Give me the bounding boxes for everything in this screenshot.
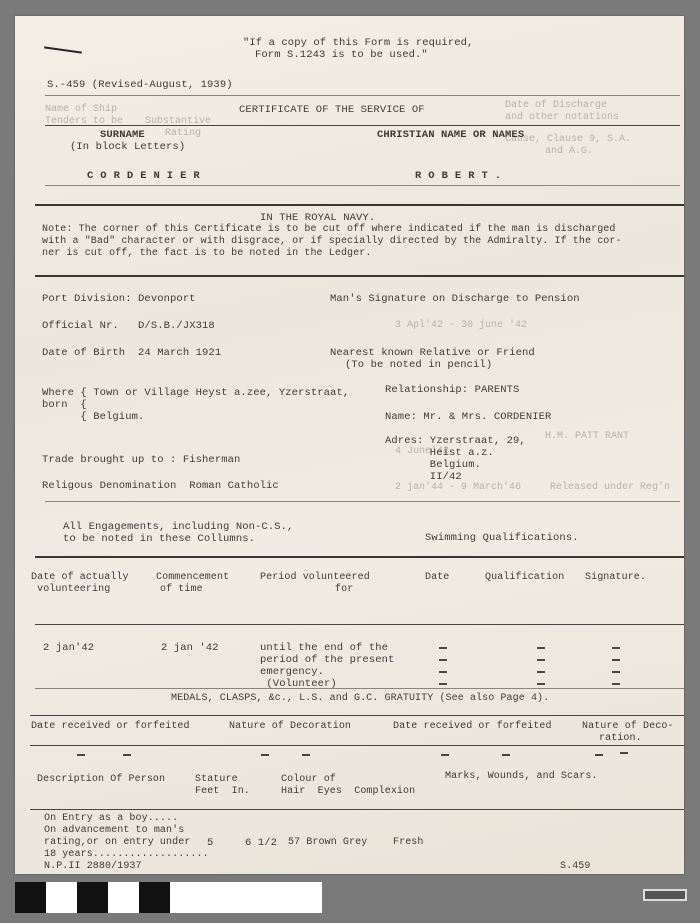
colour-label: Colour of (281, 774, 336, 786)
description-row3: rating,or on entry under (44, 837, 190, 849)
marks-label: Marks, Wounds, and Scars. (445, 771, 598, 783)
stature-inches: 6 1/2 (245, 837, 277, 849)
printer-mark: N.P.II 2880/1937 (44, 861, 142, 873)
stature-sub: Feet In. (195, 786, 250, 798)
surname-label: SURNAME (100, 129, 145, 141)
period-line2: period of the present (260, 654, 394, 666)
ghost-text: and A.G. (545, 146, 593, 158)
color-scale-bar (15, 882, 322, 913)
christian-name-value: ROBERT. (415, 170, 508, 182)
where-born-line1: Where { Town or Village Heyst a.zee, Yze… (42, 387, 349, 399)
medals-col4: Nature of Deco- (582, 721, 674, 733)
ghost-text: Tenders to be (45, 116, 123, 128)
engagements-note-line2: to be noted in these Collumns. (63, 533, 255, 545)
official-number: Official Nr. D/S.B./JX318 (42, 320, 215, 332)
ghost-text: Date of Discharge (505, 100, 607, 112)
description-row2: On advancement to man's (44, 825, 184, 837)
archive-tag (643, 889, 687, 901)
ghost-text: 3 Apl'42 - 30 june '42 (395, 320, 527, 332)
surname-value: CORDENIER (87, 170, 207, 182)
ghost-text: Released under Reg'n (550, 482, 670, 494)
period-line3: emergency. (260, 666, 324, 678)
col-date-volunteering-sub: volunteering (31, 584, 110, 596)
certificate-title: CERTIFICATE OF THE SERVICE OF (239, 104, 425, 116)
ghost-text: H.M. PATT RANT (545, 431, 629, 443)
description-row1: On Entry as a boy..... (44, 813, 178, 825)
col-period-sub: for (335, 584, 353, 596)
signature-label: Man's Signature on Discharge to Pension (330, 293, 580, 305)
form-number: S.-459 (Revised-August, 1939) (47, 79, 233, 91)
note-line2: with a "Bad" character or with disgrace,… (42, 236, 622, 248)
next-of-kin-label: Nearest known Relative or Friend (330, 347, 535, 359)
kin-address-line3: Belgium. (385, 459, 481, 471)
footer-form-number: S.459 (560, 861, 591, 873)
date-of-birth: Date of Birth 24 March 1921 (42, 347, 221, 359)
colour-sub: Hair Eyes Complexion (281, 786, 415, 798)
col-commencement-sub: of time (160, 584, 203, 596)
kin-name: Name: Mr. & Mrs. CORDENIER (385, 411, 551, 423)
kin-address-line2: Heist a.z. (385, 447, 494, 459)
col-commencement: Commencement (156, 572, 229, 584)
col-signature: Signature. (585, 572, 646, 584)
description-label: Description Of Person (37, 774, 165, 786)
medals-title: MEDALS, CLASPS, &c., L.S. and G.C. GRATU… (171, 693, 549, 705)
where-born-line2: born { (42, 399, 87, 411)
note-line3: ner is cut off, the fact is to be noted … (42, 248, 371, 260)
complexion: Fresh (393, 837, 424, 849)
service-heading: IN THE ROYAL NAVY. (260, 212, 375, 224)
stature-label: Stature (195, 774, 238, 786)
copy-note-line2: Form S.1243 is to be used." (255, 49, 428, 61)
medals-col2: Nature of Decoration (229, 721, 351, 733)
trade: Trade brought up to : Fisherman (42, 454, 240, 466)
col-qualification: Qualification (485, 572, 564, 584)
date-volunteered-value: 2 jan'42 (43, 642, 94, 654)
ghost-text: Name of Ship (45, 104, 117, 116)
ghost-text: 2 jan'44 - 9 March'46 (395, 482, 521, 494)
next-of-kin-sub: (To be noted in pencil) (345, 359, 492, 371)
medals-col1: Date received or forfeited (31, 721, 190, 733)
medals-col4-sub: ration. (599, 733, 642, 745)
col-period: Period volunteered (260, 572, 370, 584)
ghost-text: Rating (165, 128, 201, 140)
christian-name-label: CHRISTIAN NAME OR NAMES (377, 129, 524, 141)
kin-address-line1: Adres: Yzerstraat, 29, (385, 435, 526, 447)
col-date-volunteering: Date of actually (31, 572, 129, 584)
relationship: Relationship: PARENTS (385, 384, 519, 396)
note-line1: Note: The corner of this Certificate is … (42, 224, 616, 236)
kin-address-line4: II/42 (385, 471, 462, 483)
description-row4: 18 years................... (44, 849, 209, 861)
swimming-label: Swimming Qualifications. (425, 532, 579, 544)
hair-eyes: 57 Brown Grey (288, 837, 367, 849)
religion: Religous Denomination Roman Catholic (42, 480, 279, 492)
surname-sub: (In block Letters) (70, 141, 185, 153)
copy-note-line1: "If a copy of this Form is required, (243, 37, 473, 49)
engagements-note-line1: All Engagements, including Non-C.S., (63, 521, 293, 533)
port-division: Port Division: Devonport (42, 293, 196, 305)
service-certificate: Name of Ship Tenders to be Substantive R… (15, 16, 684, 874)
col-date: Date (425, 572, 449, 584)
where-born-line3: { Belgium. (42, 411, 144, 423)
ghost-text: Substantive (145, 116, 211, 128)
commencement-value: 2 jan '42 (161, 642, 219, 654)
stature-feet: 5 (207, 837, 213, 849)
pencil-mark (44, 46, 82, 53)
ghost-text: and other notations (505, 112, 619, 124)
medals-col3: Date received or forfeited (393, 721, 552, 733)
period-line1: until the end of the (260, 642, 388, 654)
